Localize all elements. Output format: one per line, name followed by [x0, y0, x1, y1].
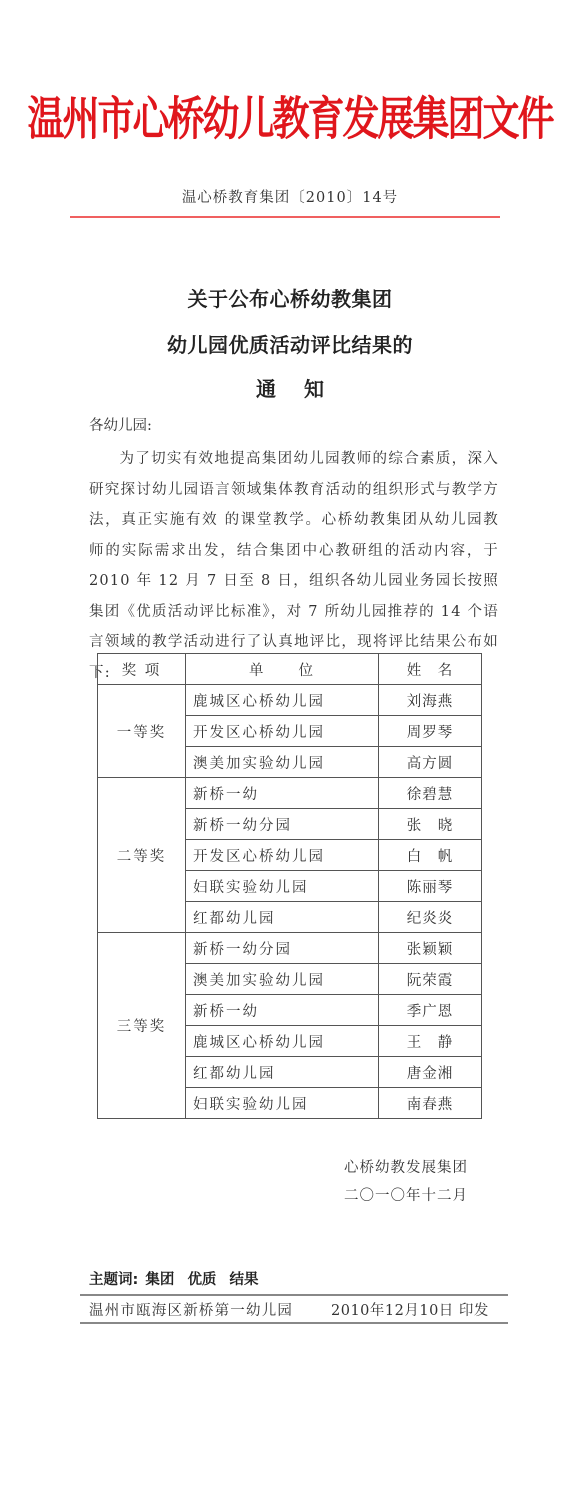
name-cell: 张 晓	[378, 809, 481, 840]
header-name: 姓 名	[378, 654, 481, 685]
awards-table: 奖 项 单 位 姓 名 一等奖 鹿城区心桥幼儿园 刘海燕 开发区心桥幼儿园 周罗…	[97, 653, 482, 1119]
name-cell: 王 静	[378, 1026, 481, 1057]
name-cell: 阮荣霞	[378, 964, 481, 995]
red-divider	[70, 216, 500, 218]
name-cell: 纪炎炎	[378, 902, 481, 933]
unit-cell: 鹿城区心桥幼儿园	[186, 685, 379, 716]
table-header-row: 奖 项 单 位 姓 名	[98, 654, 482, 685]
header-unit: 单 位	[186, 654, 379, 685]
award-first: 一等奖	[98, 685, 186, 778]
name-cell: 徐碧慧	[378, 778, 481, 809]
unit-cell: 开发区心桥幼儿园	[186, 716, 379, 747]
unit-cell: 红都幼儿园	[186, 1057, 379, 1088]
name-cell: 季广恩	[378, 995, 481, 1026]
name-cell: 张颖颖	[378, 933, 481, 964]
name-cell: 唐金湘	[378, 1057, 481, 1088]
unit-cell: 新桥一幼分园	[186, 809, 379, 840]
unit-cell: 妇联实验幼儿园	[186, 1088, 379, 1119]
name-cell: 刘海燕	[378, 685, 481, 716]
name-cell: 白 帆	[378, 840, 481, 871]
keywords-label: 主题词:	[89, 1272, 138, 1288]
salutation: 各幼儿园:	[89, 414, 152, 435]
notice-title-line-3: 通知	[0, 373, 580, 402]
body-paragraph: 为了切实有效地提高集团幼儿园教师的综合素质，深入研究探讨幼儿园语言领域集体教育活…	[89, 444, 499, 688]
table-row: 一等奖 鹿城区心桥幼儿园 刘海燕	[98, 685, 482, 716]
unit-cell: 鹿城区心桥幼儿园	[186, 1026, 379, 1057]
name-cell: 南春燕	[378, 1088, 481, 1119]
keyword: 结果	[230, 1272, 259, 1288]
header-award: 奖 项	[98, 654, 186, 685]
document-number: 温心桥教育集团〔2010〕14号	[0, 186, 580, 207]
name-cell: 陈丽琴	[378, 871, 481, 902]
name-cell: 高方圆	[378, 747, 481, 778]
unit-cell: 开发区心桥幼儿园	[186, 840, 379, 871]
keyword: 集团	[145, 1272, 174, 1288]
footer-bottom-rule	[80, 1322, 508, 1324]
signature-date: 二〇一〇年十二月	[344, 1184, 468, 1205]
issuer-name: 温州市瓯海区新桥第一幼儿园	[89, 1299, 293, 1320]
unit-cell: 新桥一幼	[186, 778, 379, 809]
keyword: 优质	[187, 1272, 216, 1288]
award-third: 三等奖	[98, 933, 186, 1119]
unit-cell: 妇联实验幼儿园	[186, 871, 379, 902]
unit-cell: 澳美加实验幼儿园	[186, 964, 379, 995]
unit-cell: 澳美加实验幼儿园	[186, 747, 379, 778]
name-cell: 周罗琴	[378, 716, 481, 747]
table-row: 二等奖 新桥一幼 徐碧慧	[98, 778, 482, 809]
keywords-line: 主题词: 集团 优质 结果	[89, 1268, 267, 1289]
notice-title-line-1: 关于公布心桥幼教集团	[0, 283, 580, 312]
body-paragraph-text: 为了切实有效地提高集团幼儿园教师的综合素质，深入研究探讨幼儿园语言领域集体教育活…	[89, 444, 499, 688]
masthead-title: 温州市心桥幼儿教育发展集团文件	[0, 91, 580, 146]
unit-cell: 红都幼儿园	[186, 902, 379, 933]
table-row: 三等奖 新桥一幼分园 张颖颖	[98, 933, 482, 964]
signature-organization: 心桥幼教发展集团	[344, 1156, 468, 1177]
issue-date: 2010年12月10日 印发	[331, 1299, 489, 1320]
notice-title-line-2: 幼儿园优质活动评比结果的	[0, 329, 580, 358]
award-second: 二等奖	[98, 778, 186, 933]
unit-cell: 新桥一幼分园	[186, 933, 379, 964]
footer-top-rule	[80, 1294, 508, 1296]
unit-cell: 新桥一幼	[186, 995, 379, 1026]
